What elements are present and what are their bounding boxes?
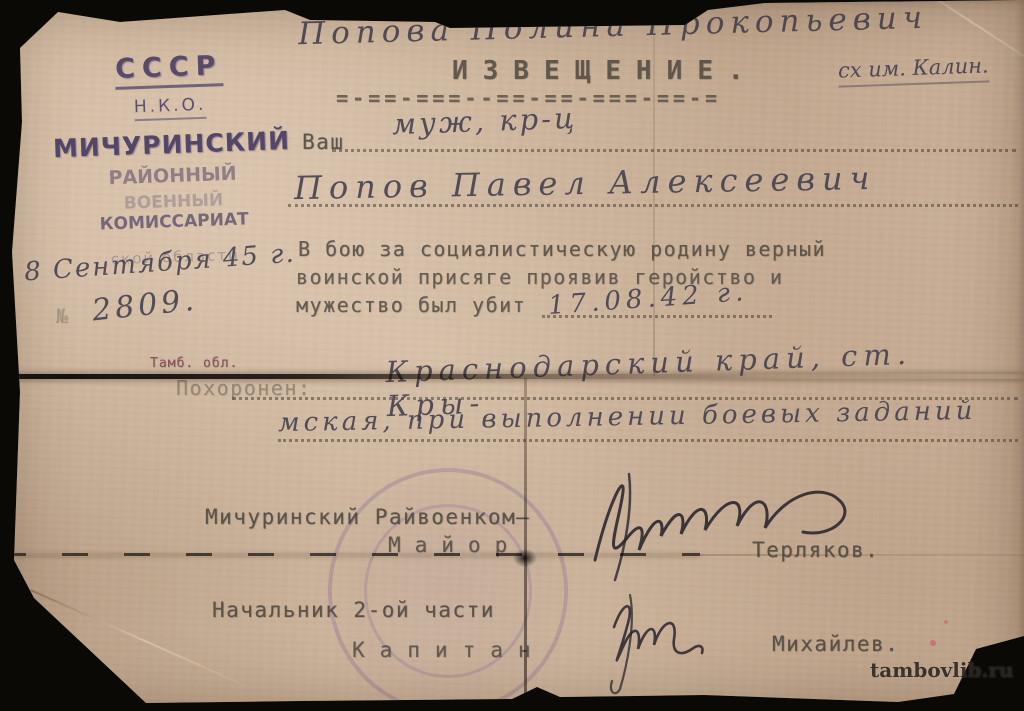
document-title: ИЗВЕЩЕНИЕ. — [452, 56, 759, 86]
fold-intersection-dark-spot — [512, 548, 538, 568]
stamp-rayonny-line: РАЙОННЫЙ — [52, 161, 293, 191]
chief-signature-scrawl — [590, 585, 770, 700]
body-line-1: В бою за социалистическую родину верный — [298, 237, 826, 261]
dotted-line-buried-2 — [278, 438, 1018, 442]
stamp-ussr-line: СССР — [115, 50, 223, 90]
relation-handwritten: муж, кр-ц — [391, 101, 577, 141]
chief-rank: Капитан — [352, 638, 546, 662]
red-speck — [944, 620, 948, 624]
body-line-3: мужество был убит — [296, 293, 526, 317]
buried-place-handwritten-2: мская, при выполнении боевых заданий — [278, 396, 977, 438]
horizontal-fold-crease-main — [0, 374, 1024, 379]
stamp-commissariat-line: ВОЕННЫЙ КОМИССАРИАТ — [53, 188, 294, 236]
document-paper: Попова Полина Прокопьевич ИЗВЕЩЕНИЕ. сх … — [0, 0, 1024, 711]
red-speck — [700, 4, 705, 9]
number-sign: № — [56, 304, 70, 328]
soldier-name-handwritten: Попов Павел Алексеевич — [294, 159, 877, 207]
red-speck — [930, 640, 936, 646]
commissar-signature-scrawl — [585, 468, 925, 588]
stamp-nko-line: Н.К.О. — [134, 95, 207, 122]
stamp-michurinsk-line: МИЧУРИНСКИЙ — [51, 126, 292, 163]
horizontal-fold-crease-lower-left — [0, 553, 700, 556]
farm-note-handwritten: сх им. Калин. — [838, 53, 990, 87]
stamp-komissariat-word: КОМИССАРИАТ — [99, 209, 249, 234]
library-watermark: tambovlib.ru — [870, 658, 1014, 682]
chief-title: Начальник 2-ой части — [212, 598, 495, 622]
dotted-line-relation — [332, 148, 1016, 152]
red-stamp-fragment: Тамб. обл. — [150, 356, 238, 371]
chief-surname: Михайлев. — [772, 632, 899, 656]
commissariat-stamp: СССР Н.К.О. МИЧУРИНСКИЙ РАЙОННЫЙ ВОЕННЫЙ… — [48, 48, 295, 270]
vertical-fold-crease-upper — [653, 0, 655, 376]
vertical-fold-crease-lower — [524, 378, 527, 711]
red-speck — [348, 12, 354, 16]
addressee-name-handwritten: Попова Полина Прокопьевич — [298, 0, 929, 52]
horizontal-fold-crease-lower-right — [700, 554, 1024, 556]
red-speck — [425, 9, 433, 13]
photo-stage: Попова Полина Прокопьевич ИЗВЕЩЕНИЕ. сх … — [0, 0, 1024, 711]
registration-number-handwritten: 2809. — [90, 283, 199, 329]
commissar-title: Мичуринский Райвоенком— — [205, 505, 530, 529]
